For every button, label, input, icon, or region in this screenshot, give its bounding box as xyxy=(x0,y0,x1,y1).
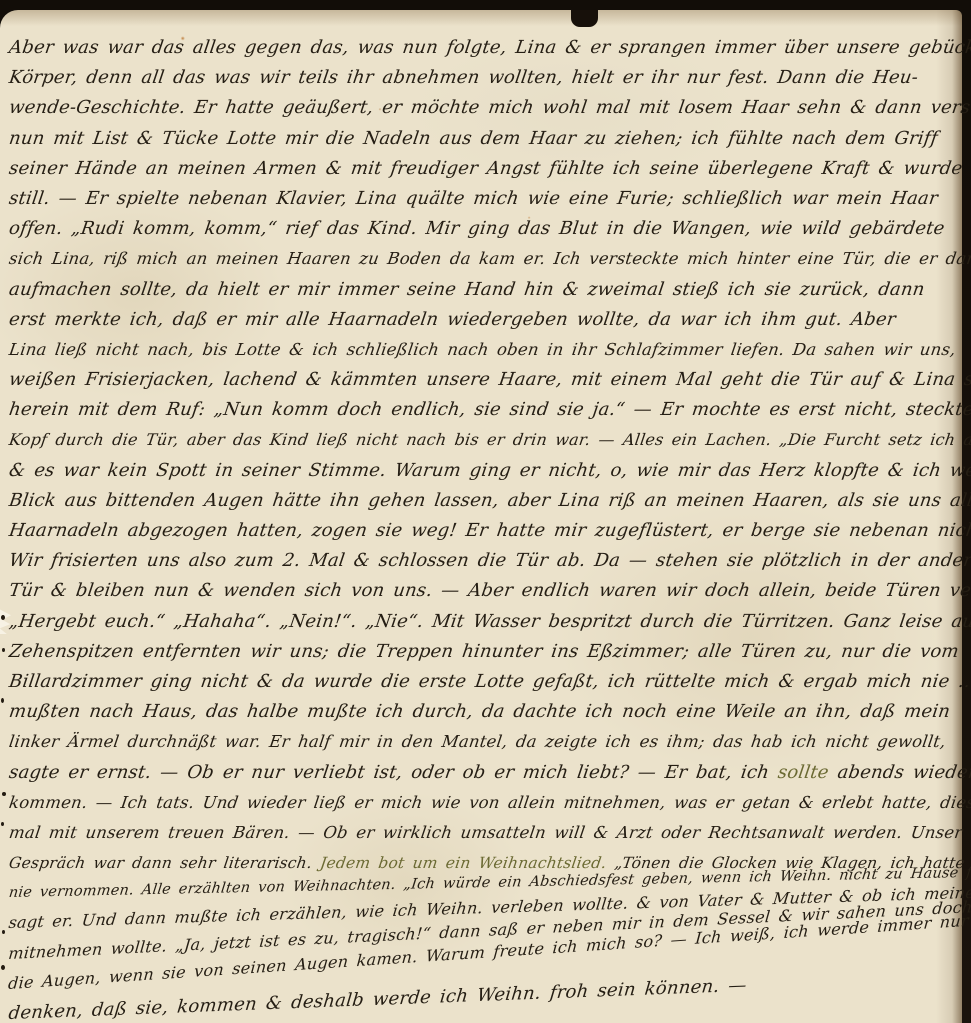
handwriting-segment: weißen Frisierjacken, lachend & kämmten … xyxy=(8,369,971,390)
ink-speck xyxy=(2,648,5,652)
text-line: herein mit dem Ruf: „Nun komm doch endli… xyxy=(7,395,952,425)
handwriting-segment: wende-Geschichte. Er hatte geäußert, er … xyxy=(8,97,971,118)
handwriting-segment: mußten nach Haus, das halbe mußte ich du… xyxy=(8,701,952,722)
handwriting-segment: Wir frisierten uns also zum 2. Mal & sch… xyxy=(8,550,971,571)
text-line: sagte er ernst. — Ob er nur verliebt ist… xyxy=(7,758,952,788)
binding-notch xyxy=(571,10,598,27)
handwriting-segment: Lina ließ nicht nach, bis Lotte & ich sc… xyxy=(8,340,957,359)
text-line: Wir frisierten uns also zum 2. Mal & sch… xyxy=(7,546,952,576)
handwriting-segment: Kopf durch die Tür, aber das Kind ließ n… xyxy=(8,430,971,449)
handwriting-segment: offen. „Rudi komm, komm,“ rief das Kind.… xyxy=(8,218,946,239)
text-line: & es war kein Spott in seiner Stimme. Wa… xyxy=(7,456,952,486)
text-line: Lina ließ nicht nach, bis Lotte & ich sc… xyxy=(7,335,952,365)
handwriting-segment: mal mit unserem treuen Bären. — Ob er wi… xyxy=(8,823,964,842)
text-line: linker Ärmel durchnäßt war. Er half mir … xyxy=(7,727,952,757)
green-ink-annotation: sollte xyxy=(777,762,831,783)
text-line: still. — Er spielte nebenan Klavier, Lin… xyxy=(7,184,952,214)
text-line: mußten nach Haus, das halbe mußte ich du… xyxy=(7,697,952,727)
handwriting-segment: Zehenspitzen entfernten wir uns; die Tre… xyxy=(8,641,961,662)
handwriting-segment: Tür & bleiben nun & wenden sich von uns.… xyxy=(8,580,971,601)
text-line: mal mit unserem treuen Bären. — Ob er wi… xyxy=(7,818,952,848)
text-line: offen. „Rudi komm, komm,“ rief das Kind.… xyxy=(7,214,952,244)
diary-photo: Aber was war das alles gegen das, was nu… xyxy=(0,0,971,1023)
text-line: Zehenspitzen entfernten wir uns; die Tre… xyxy=(7,637,952,667)
ink-speck xyxy=(1,822,4,826)
handwriting-segment: Haarnadeln abgezogen hatten, zogen sie w… xyxy=(8,520,971,541)
text-line: Tür & bleiben nun & wenden sich von uns.… xyxy=(7,576,952,606)
text-line: seiner Hände an meinen Armen & mit freud… xyxy=(7,154,952,184)
text-line: Blick aus bittenden Augen hätte ihn gehe… xyxy=(7,486,952,516)
handwriting-segment: „Hergebt euch.“ „Hahaha“. „Nein!“. „Nie“… xyxy=(8,611,971,632)
diary-page: Aber was war das alles gegen das, was nu… xyxy=(0,10,962,1023)
text-line: erst merkte ich, daß er mir alle Haarnad… xyxy=(7,305,952,335)
text-line: Billardzimmer ging nicht & da wurde die … xyxy=(7,667,952,697)
ink-speck xyxy=(2,930,5,934)
handwriting-segment: Körper, denn all das was wir teils ihr a… xyxy=(8,67,920,88)
handwriting-segment: sich Lina, riß mich an meinen Haaren zu … xyxy=(8,249,971,268)
ink-speck xyxy=(1,698,4,703)
handwriting-segment: Blick aus bittenden Augen hätte ihn gehe… xyxy=(8,490,971,511)
handwriting-segment: still. — Er spielte nebenan Klavier, Lin… xyxy=(8,188,940,209)
text-line: sich Lina, riß mich an meinen Haaren zu … xyxy=(7,244,952,274)
handwriting-segment: erst merkte ich, daß er mir alle Haarnad… xyxy=(8,309,897,330)
text-line: nun mit List & Tücke Lotte mir die Nadel… xyxy=(7,124,952,154)
text-line: Kopf durch die Tür, aber das Kind ließ n… xyxy=(7,425,952,455)
handwriting-segment: abends wieder- xyxy=(827,762,971,783)
text-line: Aber was war das alles gegen das, was nu… xyxy=(7,33,952,63)
text-line: wende-Geschichte. Er hatte geäußert, er … xyxy=(7,93,952,123)
handwriting-segment: aufmachen sollte, da hielt er mir immer … xyxy=(8,279,926,300)
handwriting-segment: Gespräch war dann sehr literarisch. xyxy=(8,854,322,872)
handwriting-segment: herein mit dem Ruf: „Nun komm doch endli… xyxy=(8,399,971,420)
handwriting-segment: Aber was war das alles gegen das, was nu… xyxy=(8,37,971,58)
handwriting-segment: Billardzimmer ging nicht & da wurde die … xyxy=(8,671,971,692)
text-line: „Hergebt euch.“ „Hahaha“. „Nein!“. „Nie“… xyxy=(7,607,952,637)
handwriting-segment: sagte er ernst. — Ob er nur verliebt ist… xyxy=(8,762,780,783)
text-line: weißen Frisierjacken, lachend & kämmten … xyxy=(7,365,952,395)
handwriting-segment: & es war kein Spott in seiner Stimme. Wa… xyxy=(8,460,971,481)
text-line: Körper, denn all das was wir teils ihr a… xyxy=(7,63,952,93)
text-block: Aber was war das alles gegen das, was nu… xyxy=(7,33,948,1023)
handwriting-segment: seiner Hände an meinen Armen & mit freud… xyxy=(8,158,964,179)
text-line: kommen. — Ich tats. Und wieder ließ er m… xyxy=(7,788,952,818)
handwriting-segment: nun mit List & Tücke Lotte mir die Nadel… xyxy=(8,128,939,149)
text-line: aufmachen sollte, da hielt er mir immer … xyxy=(7,275,952,305)
handwriting-segment: linker Ärmel durchnäßt war. Er half mir … xyxy=(8,732,947,751)
text-line: Haarnadeln abgezogen hatten, zogen sie w… xyxy=(7,516,952,546)
ink-speck xyxy=(2,792,6,796)
ink-speck xyxy=(1,615,5,620)
handwriting-segment: kommen. — Ich tats. Und wieder ließ er m… xyxy=(8,793,971,812)
ink-speck xyxy=(1,965,5,970)
